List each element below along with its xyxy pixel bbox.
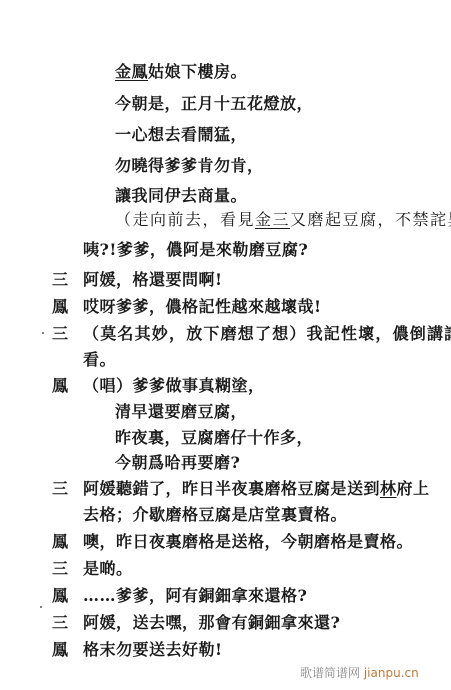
speaker-label: 三 [52, 479, 68, 499]
speaker-label: 三 [52, 613, 68, 633]
script-page: 金鳳姑娘下樓房。 今朝是，正月十五花燈放， 一心想去看鬧猛， 勿曉得爹爹肯勿肯，… [0, 0, 451, 690]
speaker-label: 三 [52, 559, 68, 579]
speaker-label: 三 [52, 324, 68, 344]
verse-line: 金鳳姑娘下樓房。 [115, 62, 247, 82]
speaker-label: 鳳 [52, 297, 68, 317]
dialogue-line: 阿媛，格還要問啊! [83, 270, 223, 290]
speaker-label: 鳳 [52, 376, 68, 396]
dialogue-line: 咦?!爹爹，儂阿是來勒磨豆腐? [83, 240, 308, 260]
scan-speck [40, 606, 42, 608]
stage-direction: （走向前去，看見金三又磨起豆腐，不禁詫異） [115, 210, 451, 230]
dialogue-line: 哎呀爹爹，儂格記性越來越壞哉! [83, 297, 322, 317]
verse-line: 清早還要磨豆腐， [115, 402, 247, 422]
speaker-label: 鳳 [52, 532, 68, 552]
dialogue-line: 格末勿要送去好勒! [83, 640, 223, 660]
dialogue-line: 去格；介歇磨格豆腐是店堂裏賣格。 [83, 505, 347, 525]
dialogue-line: 是啲。 [83, 559, 133, 579]
character-name: 林 [380, 479, 397, 498]
character-name: 金三 [255, 210, 290, 229]
dialogue-line: （唱）爹爹做事真糊塗， [83, 376, 265, 396]
dialogue-line: 噢，昨日夜裏磨格是送格，今朝磨格是賣格。 [83, 532, 413, 552]
verse-line: 讓我同伊去商量。 [115, 186, 247, 206]
verse-line: 一心想去看鬧猛， [115, 125, 247, 145]
dialogue-line: 阿媛，送去嘿，那會有銅鈿拿來還? [83, 613, 340, 633]
dialogue-line: 看。 [83, 350, 116, 370]
verse-line: 今朝爲哈再要磨? [115, 453, 240, 473]
watermark: 歌谱简谱网 jianpu.cn [300, 664, 419, 681]
verse-line: 昨夜裏，豆腐磨仔十作多， [115, 428, 313, 448]
speaker-label: 鳳 [52, 640, 68, 660]
dialogue-line: （莫名其妙，放下磨想了想）我記性壞，儂倒講講 [83, 324, 451, 344]
dialogue-line: 阿媛聽錯了，昨日半夜裏磨格豆腐是送到林府上 [83, 479, 430, 499]
verse-line: 今朝是，正月十五花燈放， [115, 94, 313, 114]
speaker-label: 鳳 [52, 586, 68, 606]
dialogue-line: ……爹爹，阿有銅鈿拿來還格? [83, 586, 307, 606]
verse-line: 勿曉得爹爹肯勿肯， [115, 156, 264, 176]
scan-speck [42, 332, 44, 334]
speaker-label: 三 [52, 270, 68, 290]
character-name: 金鳳 [115, 62, 148, 81]
